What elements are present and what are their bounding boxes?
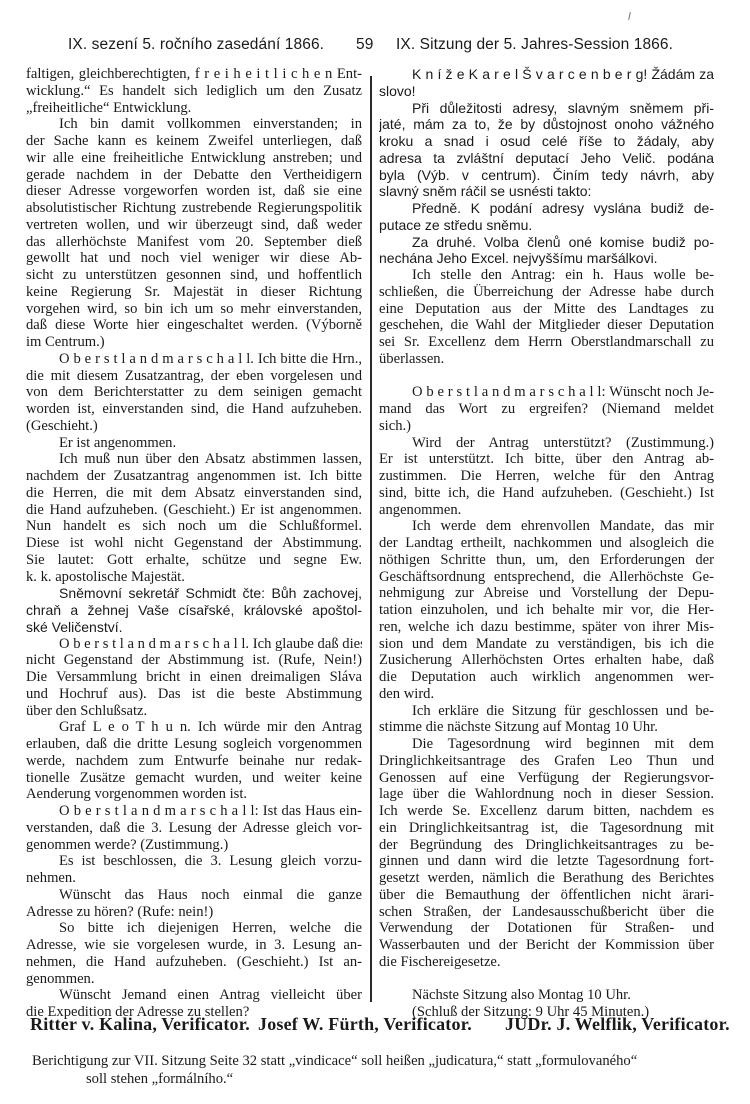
text-line: wir alle eine freiheitliche Entwicklung … — [26, 150, 362, 167]
page-number: 59 — [356, 36, 373, 54]
text-line: gesetzt werden, nämlich die Berathung de… — [379, 870, 714, 887]
text-line: nechána Jeho Excel. nejvyššímu maršálkov… — [379, 250, 714, 267]
text-line: die Fischereigesetze. — [379, 954, 714, 971]
text-line: Graf L e o T h u n. Ich würde mir den An… — [26, 719, 362, 736]
text-line: mand das Wort zu ergreifen? (Niemand mel… — [379, 401, 714, 418]
text-line: ein Dringlichkeitsantrag ist, die Tageso… — [379, 820, 714, 837]
text-line: Die Versammlung bricht in einen dreimali… — [26, 669, 362, 686]
text-line: sicht zu unterstützen gesonnen sind, und… — [26, 267, 362, 284]
text-line: der Sache kann es keinem Zweifel unterli… — [26, 133, 362, 150]
text-line: erlauben, daß die dritte Lesung sogleich… — [26, 736, 362, 753]
text-line: dieser Adresse vorgeworfen worden ist, d… — [26, 183, 362, 200]
text-line: keine Regierung Sr. Majestät in dieser R… — [26, 284, 362, 301]
text-line: Wasserbauten und der Bericht der Kommiss… — [379, 937, 714, 954]
text-line: O b e r s t l a n d m a r s c h a l l: W… — [379, 384, 714, 401]
text-line: Adresse, wie sie vorgelesen wurde, in 3.… — [26, 937, 362, 954]
text-line: O b e r s t l a n d m a r s c h a l l. I… — [26, 636, 362, 653]
verificator-kalina: Ritter v. Kalina, Verificator. — [30, 1014, 250, 1035]
text-line: das allerhöchste Manifest vom 20. Septem… — [26, 234, 362, 251]
text-line: Genossen auf eine Verfügung der Regierun… — [379, 770, 714, 787]
text-line: tionelle Zusätze gemacht wurden, und wei… — [26, 770, 362, 787]
text-line: die Deputation auch wirklich angenommen … — [379, 669, 714, 686]
text-line: gerade nachdem in der Debatte den Verthe… — [26, 167, 362, 184]
text-line: „freiheitliche“ Entwicklung. — [26, 100, 362, 117]
text-line: genommen werde? (Zustimmung.) — [26, 837, 362, 854]
text-line: lage über die Wahlordnung noch in dieser… — [379, 786, 714, 803]
text-line: faltigen, gleichberechtigten, f r e i h … — [26, 66, 362, 83]
text-line: Sněmovní sekretář Schmidt čte: Bůh zacho… — [26, 585, 362, 602]
text-line: Verwendung der Dotationen für Straßen- u… — [379, 920, 714, 937]
text-line: Ich werde Se. Excellenz darum bitten, na… — [379, 803, 714, 820]
text-line: adresa ta zvláštní deputací Jeho Velič. … — [379, 150, 714, 167]
text-line: k. k. apostolische Majestät. — [26, 569, 362, 586]
text-line: Ich werde dem ehrenvollen Mandate, das m… — [379, 518, 714, 535]
text-line: vertreten wollen, und wir überzeugt sind… — [26, 217, 362, 234]
text-line: putace ze středu sněmu. — [379, 217, 714, 234]
text-line: byla (Výb. v centrum). Činím tedy návrh,… — [379, 167, 714, 184]
text-line: geschehen, die Wahl der Mitglieder diese… — [379, 317, 714, 334]
text-line: slovo! — [379, 83, 714, 100]
text-line: zustimmen. Die Herren, welche für den An… — [379, 468, 714, 485]
text-line: Nächste Sitzung also Montag 10 Uhr. — [379, 987, 714, 1004]
text-line: gewollt hat und noch viel weniger wir di… — [26, 250, 362, 267]
text-line: ginnen und dann wird die letzte Tagesord… — [379, 853, 714, 870]
text-line: sich.) — [379, 418, 714, 435]
text-line: schen Straßen, der Landesausschußbericht… — [379, 904, 714, 921]
text-line: Es ist beschlossen, die 3. Lesung gleich… — [26, 853, 362, 870]
text-line: den wird. — [379, 686, 714, 703]
text-line: Wünscht Jemand einen Antrag vielleicht ü… — [26, 987, 362, 1004]
text-line: nöthigen Schritte thun, um, den Erforder… — [379, 552, 714, 569]
text-line: kroku a snad i osud celé říše to žádaly,… — [379, 133, 714, 150]
text-line: die mit diesem Zusatzantrag, der eben vo… — [26, 368, 362, 385]
text-line: wicklung.“ Es handelt sich lediglich um … — [26, 83, 362, 100]
text-line: Geschäftsordnung entsprechend, die Aller… — [379, 569, 714, 586]
verificator-welflik: JUDr. J. Welflik, Verificator. — [505, 1014, 730, 1035]
text-line: der Begründung des Dringlichkeitsantrage… — [379, 837, 714, 854]
text-line: überlassen. — [379, 351, 714, 368]
blank-line — [379, 368, 714, 385]
text-line: Nun handelt es sich noch um die Schlußfo… — [26, 518, 362, 535]
text-line: Ich muß nun über den Absatz abstimmen la… — [26, 451, 362, 468]
errata-note: Berichtigung zur VII. Sitzung Seite 32 s… — [32, 1052, 722, 1088]
text-line: Ich stelle den Antrag: ein h. Haus wolle… — [379, 267, 714, 284]
text-line: Ich bin damit vollkommen einverstanden; … — [26, 116, 362, 133]
right-column: K n í ž e K a r e l Š v a r c e n b e r … — [379, 66, 714, 1021]
text-line: chraň a žehnej Vaše císařské, královské … — [26, 602, 362, 619]
text-line: Sie lautet: Gott erhalte, schütze und se… — [26, 552, 362, 569]
left-column: faltigen, gleichberechtigten, f r e i h … — [26, 66, 362, 1021]
errata-line-2: soll stehen „formálního.“ — [32, 1070, 722, 1088]
column-divider — [370, 76, 372, 1002]
header-german-title: IX. Sitzung der 5. Jahres-Session 1866. — [396, 36, 673, 54]
text-line: O b e r s t l a n d m a r s c h a l l: I… — [26, 803, 362, 820]
text-line: eine Deputation aus der Mitte des Landta… — [379, 301, 714, 318]
text-line: und Hochruf aus). Das ist die beste Abst… — [26, 686, 362, 703]
text-line: nehmigung zur Abreise und Vorstellung de… — [379, 585, 714, 602]
text-line: über den Schlußsatz. — [26, 703, 362, 720]
text-line: daß diese Worte hier eingeschaltet werde… — [26, 317, 362, 334]
text-line: sind, bitte ich, die Hand aufzuheben. (G… — [379, 485, 714, 502]
text-line: ren, welche ich dazu bestimme, später vo… — [379, 619, 714, 636]
errata-line-1: Berichtigung zur VII. Sitzung Seite 32 s… — [32, 1053, 637, 1069]
text-line: Aenderung vorgenommen worden ist. — [26, 786, 362, 803]
text-line: genommen. — [26, 971, 362, 988]
text-line: Wird der Antrag unterstützt? (Zustimmung… — [379, 435, 714, 452]
text-line: der Landtag ertheilt, nachkommen und als… — [379, 535, 714, 552]
text-line: werde, nachdem zum Entwurfe beinahe nur … — [26, 753, 362, 770]
text-line: die Herren, die mit dem Absatz einversta… — [26, 485, 362, 502]
text-line: worden ist, einverstanden sind, die Hand… — [26, 401, 362, 418]
text-line: nehmen, die Hand aufzuheben. (Geschieht.… — [26, 954, 362, 971]
text-line: nachdem der Zusatzantrag angenommen ist.… — [26, 468, 362, 485]
text-line: die Hand aufzuheben. (Geschieht.) Er ist… — [26, 502, 362, 519]
text-line: Die Tagesordnung wird beginnen mit dem — [379, 736, 714, 753]
text-line: Dringlichkeitsantrage des Grafen Leo Thu… — [379, 753, 714, 770]
text-line: im Centrum.) — [26, 334, 362, 351]
text-line: schließen, die Überreichung der Adresse … — [379, 284, 714, 301]
text-line: verstanden, daß die 3. Lesung der Adress… — [26, 820, 362, 837]
text-line: tation einzuholen, und ich behalte mir v… — [379, 602, 714, 619]
text-line: ské Veličenství. — [26, 619, 362, 636]
text-line: jaté, mám za to, že by důstojnost onoho … — [379, 116, 714, 133]
text-line: Při důležitosti adresy, slavným sněmem p… — [379, 100, 714, 117]
text-line: Ich erkläre die Sitzung für geschlossen … — [379, 703, 714, 720]
text-line: sei Sr. Excellenz dem Herrn Oberstlandma… — [379, 334, 714, 351]
text-line: sion und dem Mandate zu verständigen, bi… — [379, 636, 714, 653]
verificators: Ritter v. Kalina, Verificator. Josef W. … — [30, 1014, 720, 1038]
text-line: Zusicherung Allerhöchsten Ortes erhalten… — [379, 652, 714, 669]
text-line: nicht Gegenstand der Abstimmung ist. (Ru… — [26, 652, 362, 669]
text-line: stimme die nächste Sitzung auf Montag 10… — [379, 719, 714, 736]
text-line: nehmen. — [26, 870, 362, 887]
text-line: O b e r s t l a n d m a r s c h a l l. I… — [26, 351, 362, 368]
text-line: Er ist unterstützt. Ich bitte, über den … — [379, 451, 714, 468]
text-line: Za druhé. Volba členů oné komise budiž p… — [379, 234, 714, 251]
page-header: IX. sezení 5. ročního zasedání 1866. 59 … — [0, 36, 750, 56]
header-czech-title: IX. sezení 5. ročního zasedání 1866. — [68, 36, 324, 54]
text-line: Diese ist wohl nicht Gegenstand der Abst… — [26, 535, 362, 552]
verificator-fuerth: Josef W. Fürth, Verificator. — [258, 1014, 472, 1035]
text-line: K n í ž e K a r e l Š v a r c e n b e r … — [379, 66, 714, 83]
text-line: absolutistischer Richtung zustrebende Re… — [26, 200, 362, 217]
text-line: slavný sněm ráčil se usnésti takto: — [379, 183, 714, 200]
blank-line — [379, 971, 714, 988]
text-line: Předně. K podání adresy vyslána budiž de… — [379, 200, 714, 217]
text-line: Wünscht das Haus noch einmal die ganze — [26, 887, 362, 904]
text-line: über die Bemauthung der öffentlichen nic… — [379, 887, 714, 904]
text-line: Er ist angenommen. — [26, 435, 362, 452]
text-line: (Geschieht.) — [26, 418, 362, 435]
text-line: So bitte ich diejenigen Herren, welche d… — [26, 920, 362, 937]
text-line: Adresse zu hören? (Rufe: nein!) — [26, 904, 362, 921]
text-line: von dem Berichterstatter zu dem seinigen… — [26, 384, 362, 401]
text-line: angenommen. — [379, 502, 714, 519]
text-line: vorgehen wird, so bin ich um so mehr ein… — [26, 301, 362, 318]
print-mark — [628, 12, 631, 20]
